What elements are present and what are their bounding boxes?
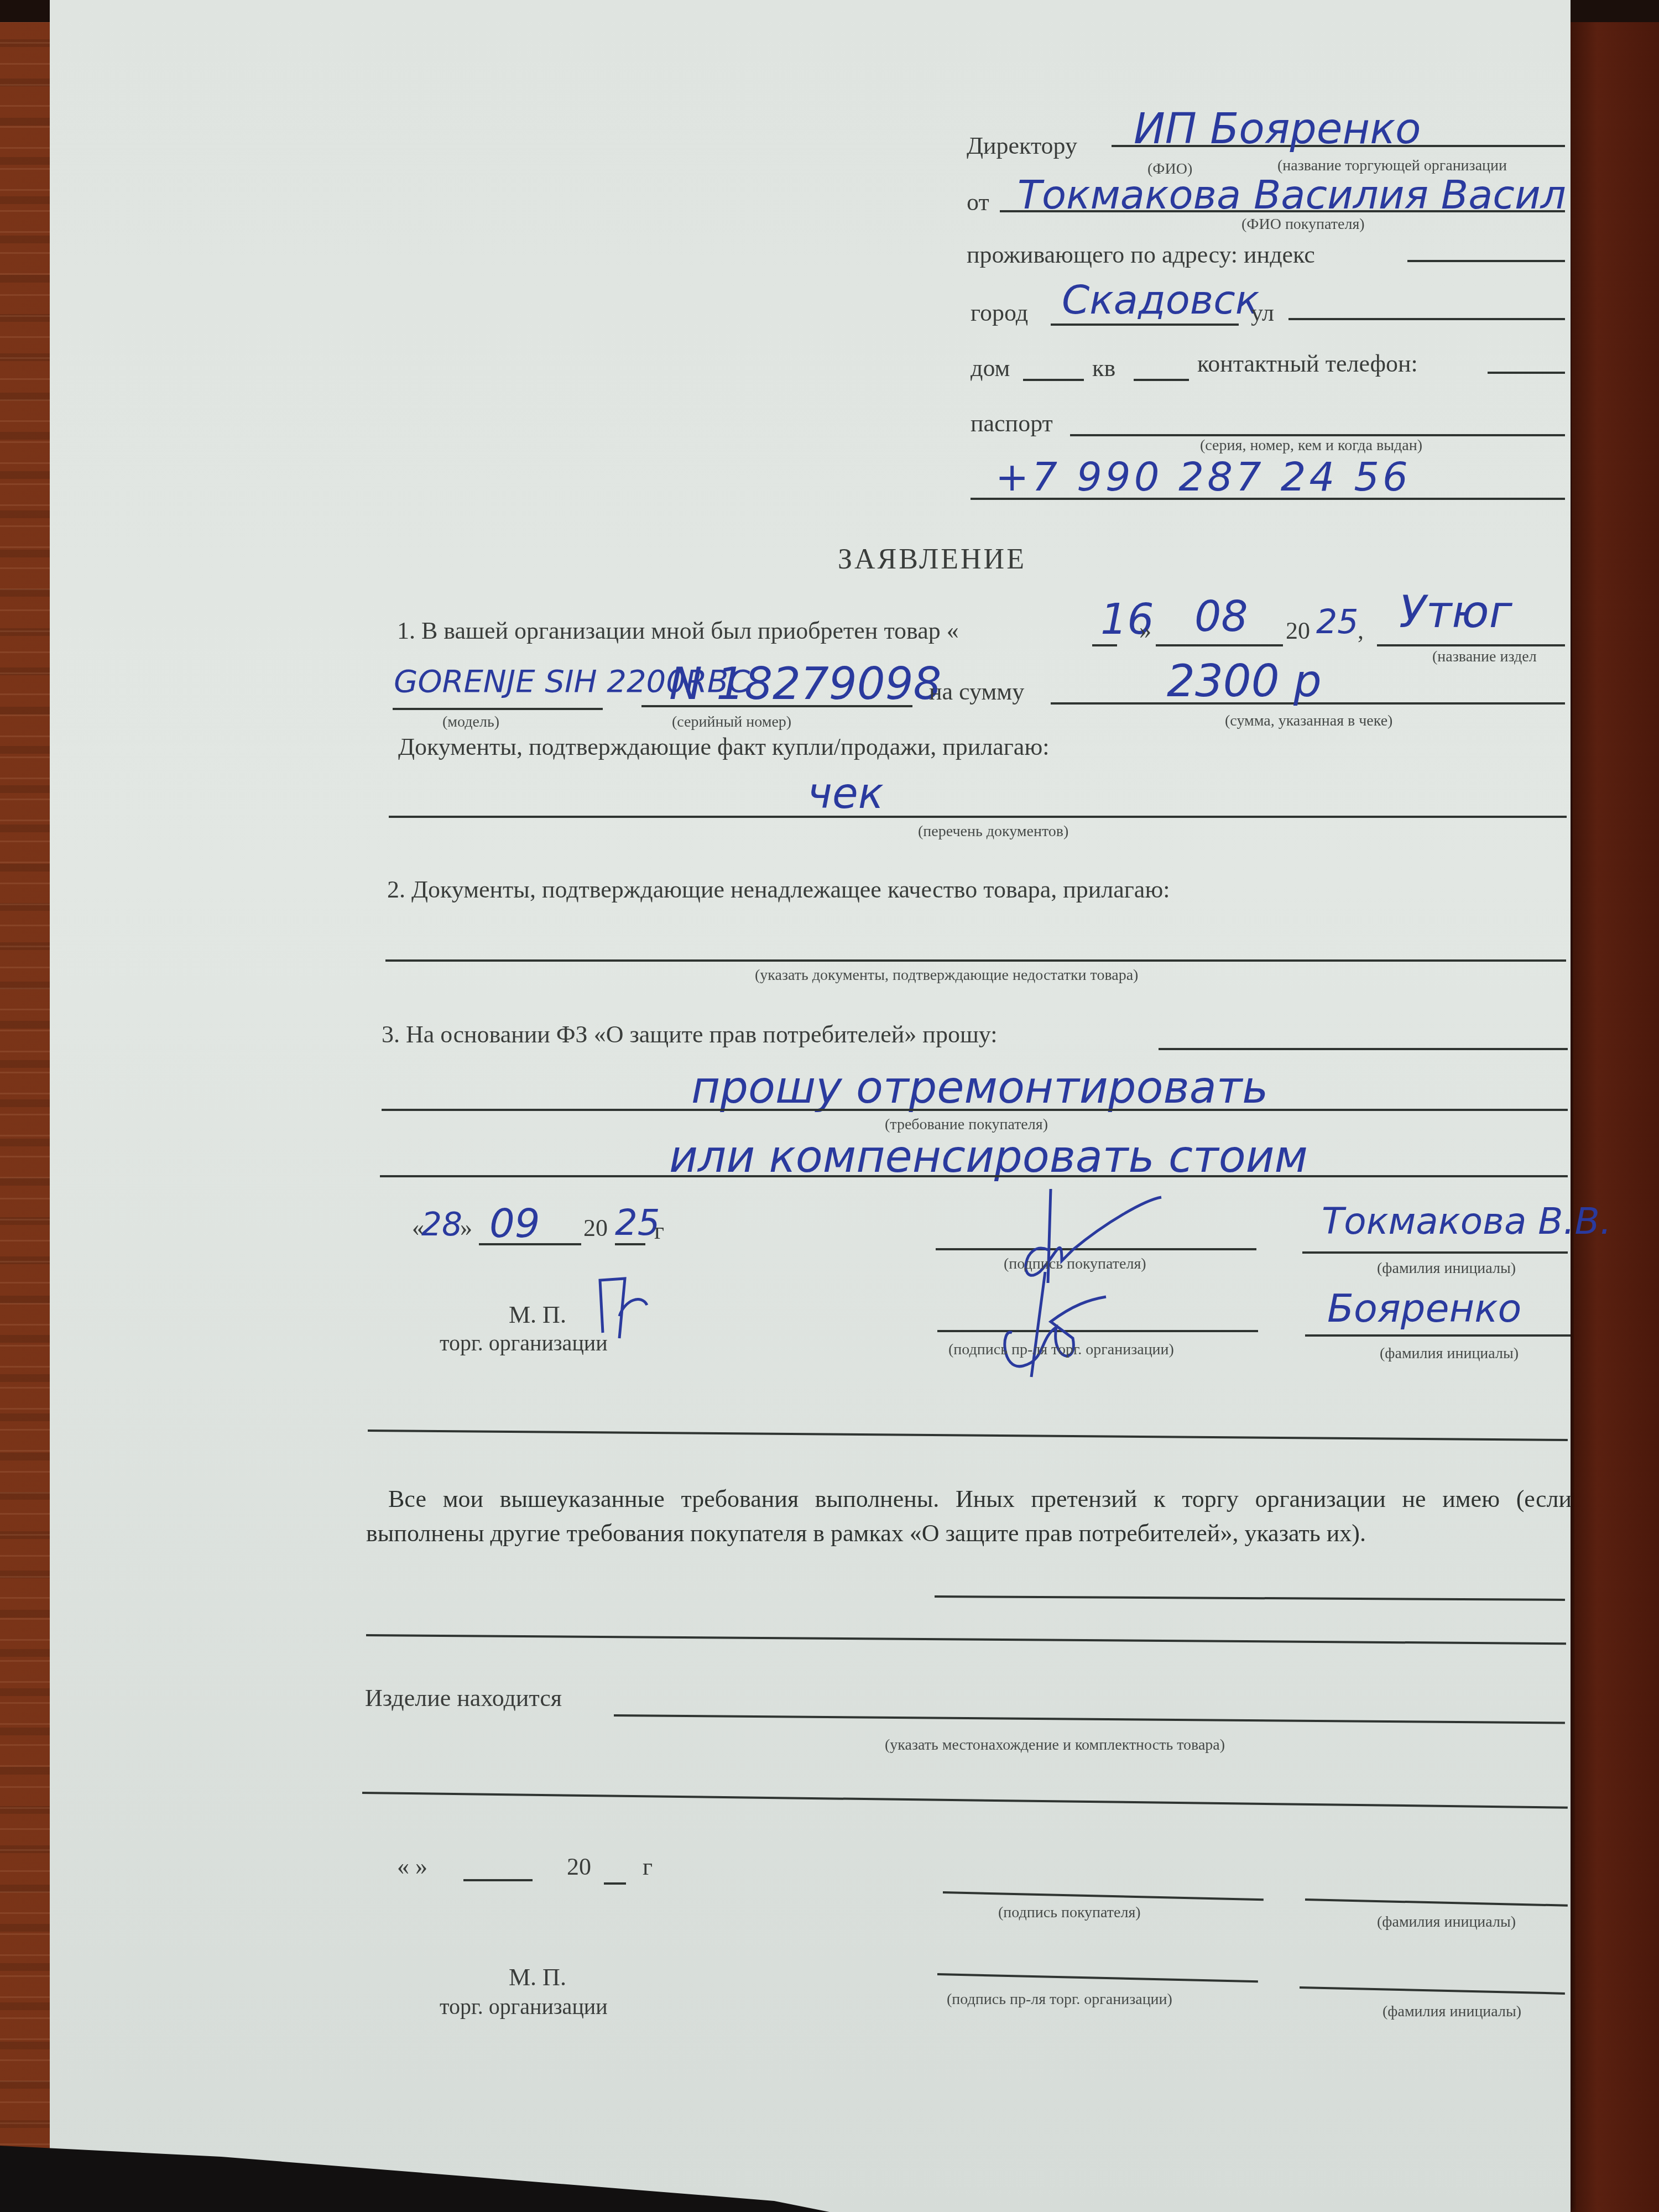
- signoff2-seller-signature-hint: (подпись пр-ля торг. организации): [947, 1991, 1172, 2008]
- docs-hint: (перечень документов): [918, 823, 1068, 841]
- seller-signature[interactable]: [979, 1272, 1156, 1383]
- apt-field-line: [1134, 379, 1189, 381]
- passport-line-2: [971, 498, 1565, 500]
- phone-label: контактный телефон:: [1197, 349, 1418, 378]
- passport-field-line: [1070, 434, 1565, 436]
- section3-field-line-0: [1159, 1048, 1568, 1050]
- apt-label: кв: [1092, 354, 1115, 382]
- request-line-1[interactable]: прошу отремонтировать: [691, 1062, 1268, 1113]
- signoff2-year-suffix: г: [643, 1853, 653, 1881]
- signoff1-date-close: »: [460, 1214, 472, 1242]
- product-hint: (название издел: [1432, 648, 1537, 666]
- signoff2-month-line: [463, 1879, 533, 1881]
- section2-hint: (указать документы, подтверждающие недос…: [755, 967, 1138, 984]
- passport-label: паспорт: [971, 409, 1053, 437]
- seller-name[interactable]: Бояренко: [1327, 1286, 1521, 1331]
- signoff2-year-line: [604, 1882, 626, 1885]
- signoff1-year[interactable]: 25: [615, 1203, 660, 1244]
- house-field-line: [1023, 379, 1084, 381]
- seller-name-line: [1305, 1334, 1571, 1337]
- house-label: дом: [971, 354, 1010, 382]
- document-title: ЗАЯВЛЕНИЕ: [838, 543, 1026, 576]
- signoff2-date: « »: [397, 1853, 427, 1881]
- signoff1-year-prefix: 20: [583, 1214, 608, 1242]
- day-field-line: [1092, 644, 1117, 646]
- signoff1-day[interactable]: 28: [421, 1206, 462, 1243]
- product-value[interactable]: Утюг: [1399, 586, 1512, 638]
- signoff2-stamp-subtitle: торг. организации: [440, 1994, 608, 2020]
- seller-signature-hint: (подпись пр-ля торг. организации): [948, 1341, 1174, 1359]
- street-label: ул: [1251, 299, 1274, 327]
- buyer-name-hint: (фамилия инициалы): [1377, 1260, 1516, 1277]
- docs-label: Документы, подтверждающие факт купли/про…: [398, 733, 1049, 761]
- passport-hint: (серия, номер, кем и когда выдан): [1200, 437, 1422, 455]
- month-field-line: [1156, 644, 1283, 646]
- section1-text: 1. В вашей организации мной был приобрет…: [397, 617, 959, 645]
- table-edge: [1571, 0, 1659, 2212]
- from-value[interactable]: Токмакова Василия Васил: [1018, 171, 1566, 218]
- product-field-line: [1377, 644, 1565, 646]
- director-value[interactable]: ИП Бояренко: [1134, 104, 1421, 153]
- year-prefix: 20: [1286, 617, 1310, 645]
- serial-hint: (серийный номер): [672, 713, 791, 731]
- buyer-signature-hint: (подпись покупателя): [1004, 1255, 1146, 1273]
- stamp-initials: [592, 1272, 664, 1344]
- signoff2-buyer-signature-hint: (подпись покупателя): [998, 1904, 1141, 1922]
- phone-field-line: [1488, 372, 1565, 374]
- stamp-label: М. П.: [509, 1301, 566, 1329]
- director-label: Директору: [967, 132, 1077, 160]
- section3-field-line-1: [382, 1109, 1568, 1111]
- city-label: город: [971, 299, 1028, 327]
- buyer-name[interactable]: Токмакова В.В.: [1322, 1200, 1611, 1243]
- section3-text: 3. На основании ФЗ «О защите прав потреб…: [382, 1020, 997, 1048]
- signoff2-seller-name-hint: (фамилия инициалы): [1383, 2003, 1521, 2021]
- sum-value[interactable]: 2300 р: [1167, 655, 1322, 707]
- serial-value[interactable]: N 18279098: [669, 658, 941, 709]
- day-close: »: [1139, 617, 1151, 645]
- signoff2-name-hint: (фамилия инициалы): [1377, 1913, 1516, 1931]
- index-field-line: [1407, 260, 1565, 262]
- purchase-month[interactable]: 08: [1194, 592, 1248, 641]
- city-field-line: [1051, 324, 1239, 326]
- address-label: проживающего по адресу: индекс: [967, 241, 1315, 269]
- model-field-line: [393, 708, 603, 710]
- location-label: Изделие находится: [365, 1684, 562, 1712]
- buyer-fio-hint: (ФИО покупателя): [1241, 216, 1365, 233]
- seller-name-hint: (фамилия инициалы): [1380, 1345, 1519, 1363]
- signoff2-stamp-label: М. П.: [509, 1963, 566, 1991]
- signoff1-year-suffix: г: [654, 1217, 664, 1245]
- buyer-name-line: [1302, 1251, 1568, 1254]
- section3-field-line-2: [380, 1175, 1568, 1177]
- purchase-year[interactable]: 25: [1316, 603, 1358, 641]
- street-field-line: [1288, 318, 1565, 320]
- model-hint: (модель): [442, 713, 499, 731]
- signoff2-year-prefix: 20: [567, 1853, 591, 1881]
- sum-hint: (сумма, указанная в чеке): [1225, 712, 1392, 730]
- stamp-subtitle: торг. организации: [440, 1330, 608, 1356]
- city-value[interactable]: Скадовск: [1062, 276, 1259, 323]
- from-label: от: [967, 188, 989, 216]
- completion-paragraph: Все мои вышеуказанные требования выполне…: [366, 1482, 1572, 1551]
- section2-text: 2. Документы, подтверждающие ненадлежаще…: [387, 875, 1170, 904]
- docs-field-line: [389, 816, 1567, 818]
- section2-field-line: [385, 959, 1566, 962]
- phone-value[interactable]: +7 990 287 24 56: [995, 453, 1411, 500]
- sum-label: на сумму: [929, 677, 1024, 706]
- signoff1-month[interactable]: 09: [489, 1200, 540, 1246]
- location-hint: (указать местонахождение и комплектность…: [885, 1736, 1225, 1754]
- comma: ,: [1358, 617, 1364, 645]
- docs-value[interactable]: чек: [807, 769, 884, 818]
